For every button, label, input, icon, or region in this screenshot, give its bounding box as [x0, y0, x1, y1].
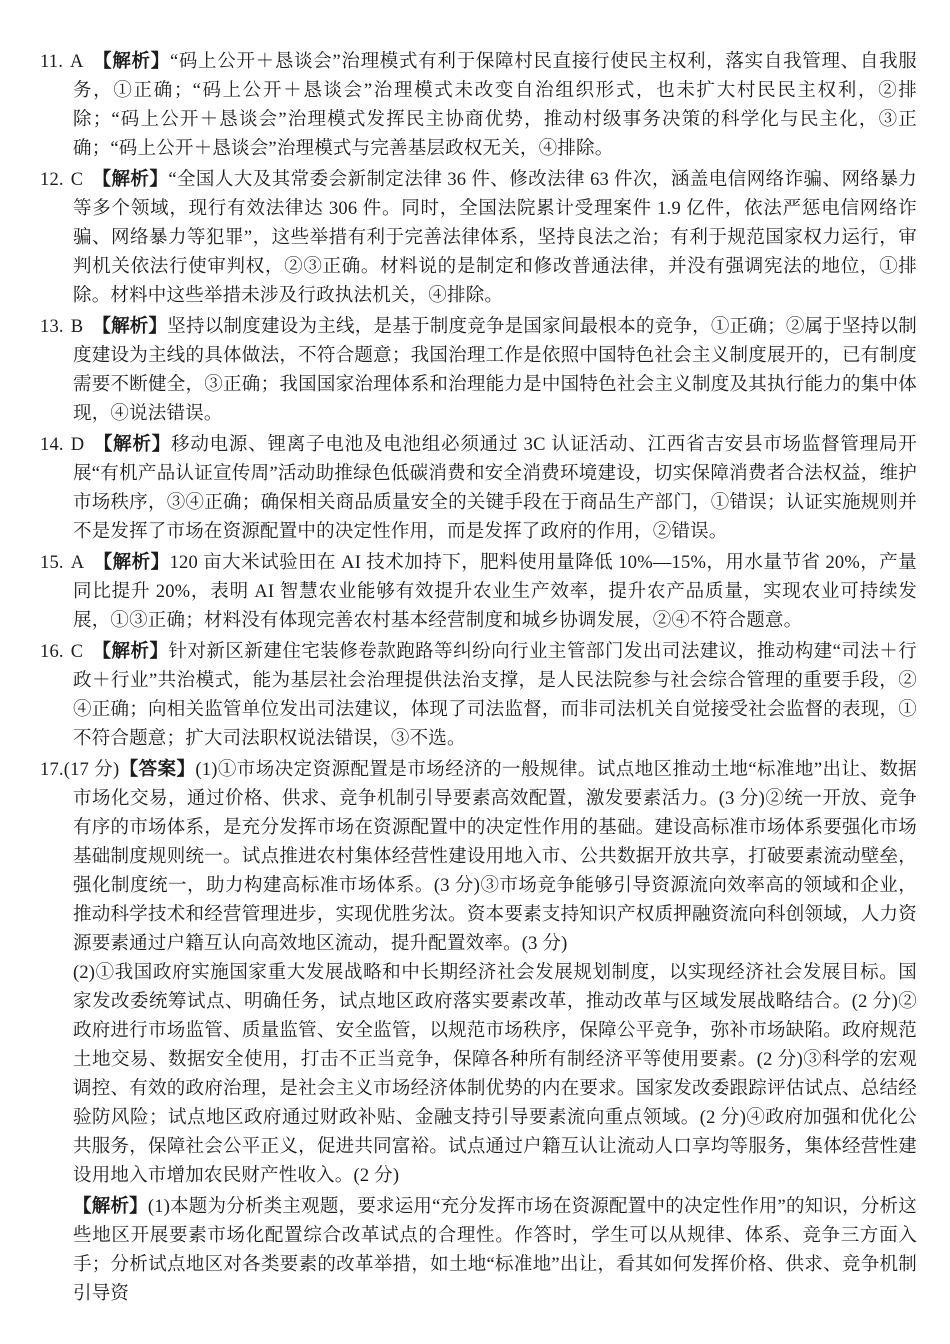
analysis-label: 【解析】 [93, 551, 169, 572]
item-text: (1)本题为分析类主观题，要求运用“充分发挥市场在资源配置中的决定性作用”的知识… [73, 1197, 917, 1304]
answer-item-16: 16.C【解析】针对新区新建住宅装修卷款跑路等纠纷向行业主管部门发出司法建议，推… [40, 636, 917, 754]
analysis-label: 【解析】 [73, 1195, 148, 1216]
item-number: 14. [40, 435, 64, 455]
item-text: “全国人大及其常委会新制定法律 36 件、修改法律 63 件次，涵盖电信网络诈骗… [73, 170, 917, 306]
item-number: 16. [40, 642, 64, 662]
item-text: (2)①我国政府实施国家重大发展战略和中长期经济社会发展规划制度，以实现经济社会… [73, 963, 917, 1186]
answer-item-12: 12.C【解析】“全国人大及其常委会新制定法律 36 件、修改法律 63 件次，… [40, 164, 917, 311]
answer-item-11: 11.A【解析】“码上公开＋恳谈会”治理模式有利于保障村民直接行使民主权利，落实… [40, 46, 917, 164]
answer-letter: B [71, 317, 84, 337]
item-number: 11. [40, 52, 63, 72]
answer-item-15: 15.A【解析】120 亩大米试验田在 AI 技术加持下，肥料使用量降低 10%… [40, 547, 917, 636]
item-number: 17. [40, 760, 64, 780]
analysis-label: 【解析】 [93, 433, 171, 454]
item-text: 移动电源、锂离子电池及电池组必须通过 3C 认证活动、江西省吉安县市场监督管理局… [73, 435, 917, 542]
answer-item-17-part1: 17.(17 分)【答案】(1)①市场决定资源配置是市场经济的一般规律。试点地区… [40, 754, 917, 959]
item-number: 12. [40, 170, 64, 190]
answer-item-13: 13.B【解析】坚持以制度建设为主线，是基于制度竞争是国家间最根本的竞争，①正确… [40, 311, 917, 429]
item-text: “码上公开＋恳谈会”治理模式有利于保障村民直接行使民主权利，落实自我管理、自我服… [73, 52, 917, 159]
answer-label: 【答案】 [119, 758, 195, 779]
answer-letter: C [71, 170, 84, 190]
item-score: (17 分) [64, 760, 120, 780]
analysis-label: 【解析】 [93, 50, 170, 71]
answer-letter: D [71, 435, 85, 455]
item-number: 15. [40, 553, 64, 573]
answer-item-14: 14.D【解析】移动电源、锂离子电池及电池组必须通过 3C 认证活动、江西省吉安… [40, 429, 917, 547]
answer-letter: C [71, 642, 84, 662]
item-text: 120 亩大米试验田在 AI 技术加持下，肥料使用量降低 10%—15%，用水量… [73, 553, 917, 631]
item-text: (1)①市场决定资源配置是市场经济的一般规律。试点地区推动土地“标准地”出让、数… [73, 760, 917, 954]
item-number: 13. [40, 317, 64, 337]
analysis-label: 【解析】 [92, 315, 167, 336]
answer-sheet-page: 11.A【解析】“码上公开＋恳谈会”治理模式有利于保障村民直接行使民主权利，落实… [0, 0, 950, 1344]
item-text: 针对新区新建住宅装修卷款跑路等纠纷向行业主管部门发出司法建议，推动构建“司法＋行… [73, 642, 917, 749]
answer-letter: A [70, 52, 84, 72]
answer-item-17-part2: (2)①我国政府实施国家重大发展战略和中长期经济社会发展规划制度，以实现经济社会… [40, 959, 917, 1191]
item-text: 坚持以制度建设为主线，是基于制度竞争是国家间最根本的竞争，①正确；②属于坚持以制… [73, 317, 917, 424]
answer-item-17-analysis: 【解析】(1)本题为分析类主观题，要求运用“充分发挥市场在资源配置中的决定性作用… [40, 1191, 917, 1309]
analysis-label: 【解析】 [92, 640, 168, 661]
answer-letter: A [71, 553, 85, 573]
analysis-label: 【解析】 [92, 168, 168, 189]
